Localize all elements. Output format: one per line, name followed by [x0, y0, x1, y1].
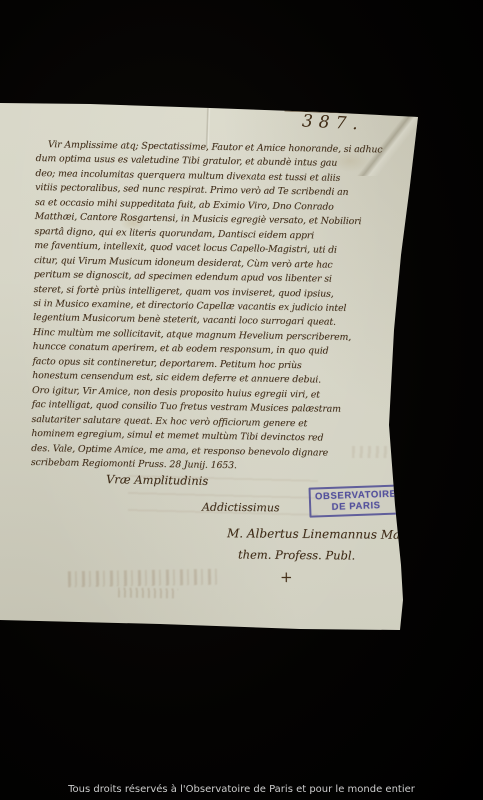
signature-line-2: them. Profess. Publ.	[238, 548, 355, 562]
ink-bleedthrough	[118, 587, 178, 598]
photo-canvas: 387. Vir Amplissime atq; Spectatissime, …	[0, 0, 483, 800]
archival-number-text: 387.	[284, 111, 385, 134]
archival-number: 387.	[284, 109, 385, 134]
ink-bleedthrough	[128, 466, 318, 518]
ink-bleedthrough	[352, 446, 410, 458]
signature-line-1: M. Albertus Linemannus Ma,	[227, 527, 404, 542]
cross-mark: +	[280, 571, 293, 584]
ink-bleedthrough	[68, 569, 218, 588]
observatoire-stamp: OBSERVATOIRE DE PARIS	[309, 484, 404, 517]
copyright-caption: Tous droits réservés à l'Observatoire de…	[0, 783, 483, 797]
manuscript-page: 387. Vir Amplissime atq; Spectatissime, …	[0, 0, 483, 800]
letter-body: Vir Amplissime atq; Spectatissime, Fauto…	[31, 138, 420, 476]
